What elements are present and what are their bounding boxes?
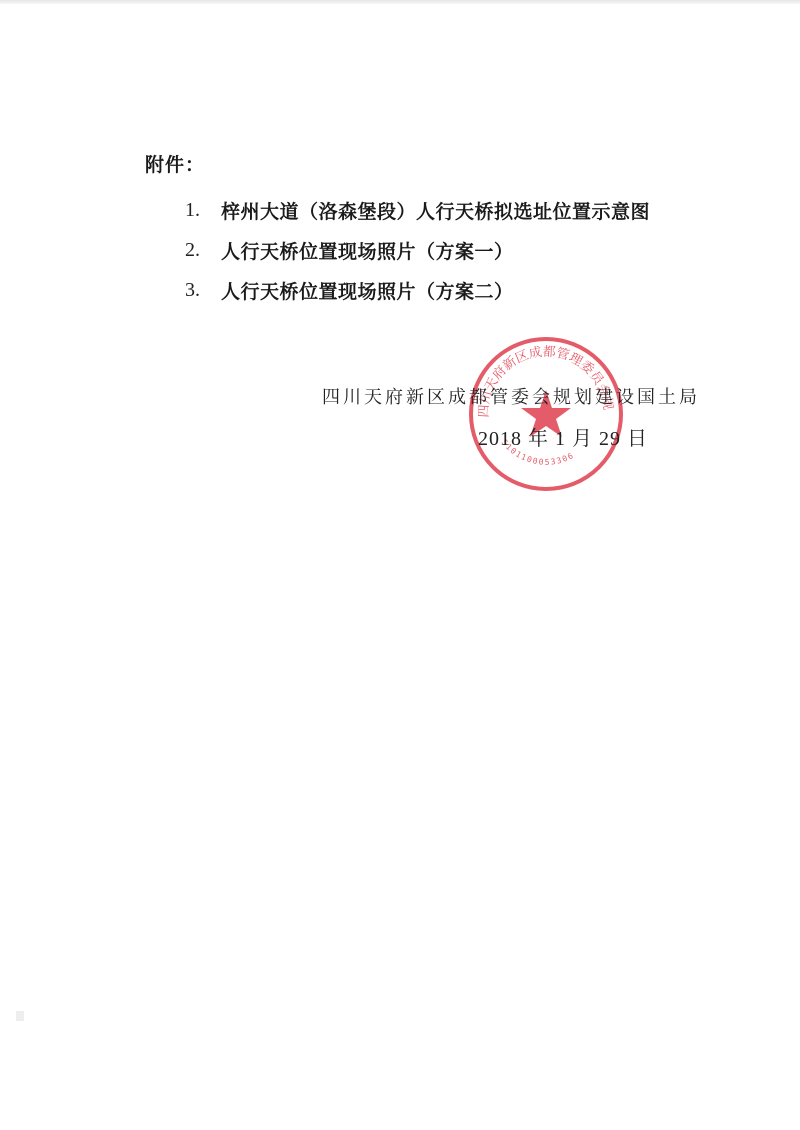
attachment-title: 人行天桥位置现场照片（方案二） [221, 277, 514, 304]
attachments-list: 1. 梓州大道（洛森堡段）人行天桥拟选址位置示意图 2. 人行天桥位置现场照片（… [185, 190, 650, 310]
issuing-organization: 四川天府新区成都管委会规划建设国土局 [322, 383, 700, 409]
attachment-number: 3. [185, 279, 221, 302]
scan-top-edge [0, 0, 800, 4]
attachment-item: 2. 人行天桥位置现场照片（方案一） [185, 230, 650, 270]
attachment-item: 3. 人行天桥位置现场照片（方案二） [185, 270, 650, 310]
attachments-heading: 附件： [145, 150, 205, 177]
attachment-title: 人行天桥位置现场照片（方案一） [221, 237, 514, 264]
attachment-number: 2. [185, 239, 221, 262]
attachment-number: 1. [185, 199, 221, 222]
scan-artifact [16, 1011, 24, 1021]
issue-date: 2018 年 1 月 29 日 [478, 422, 648, 451]
attachment-item: 1. 梓州大道（洛森堡段）人行天桥拟选址位置示意图 [185, 190, 650, 230]
seal-icon: 四川天府新区成都管理委员会规划建设国土局 5101100053306 [466, 334, 626, 494]
attachment-title: 梓州大道（洛森堡段）人行天桥拟选址位置示意图 [221, 197, 650, 224]
official-seal-stamp: 四川天府新区成都管理委员会规划建设国土局 5101100053306 [466, 334, 626, 494]
